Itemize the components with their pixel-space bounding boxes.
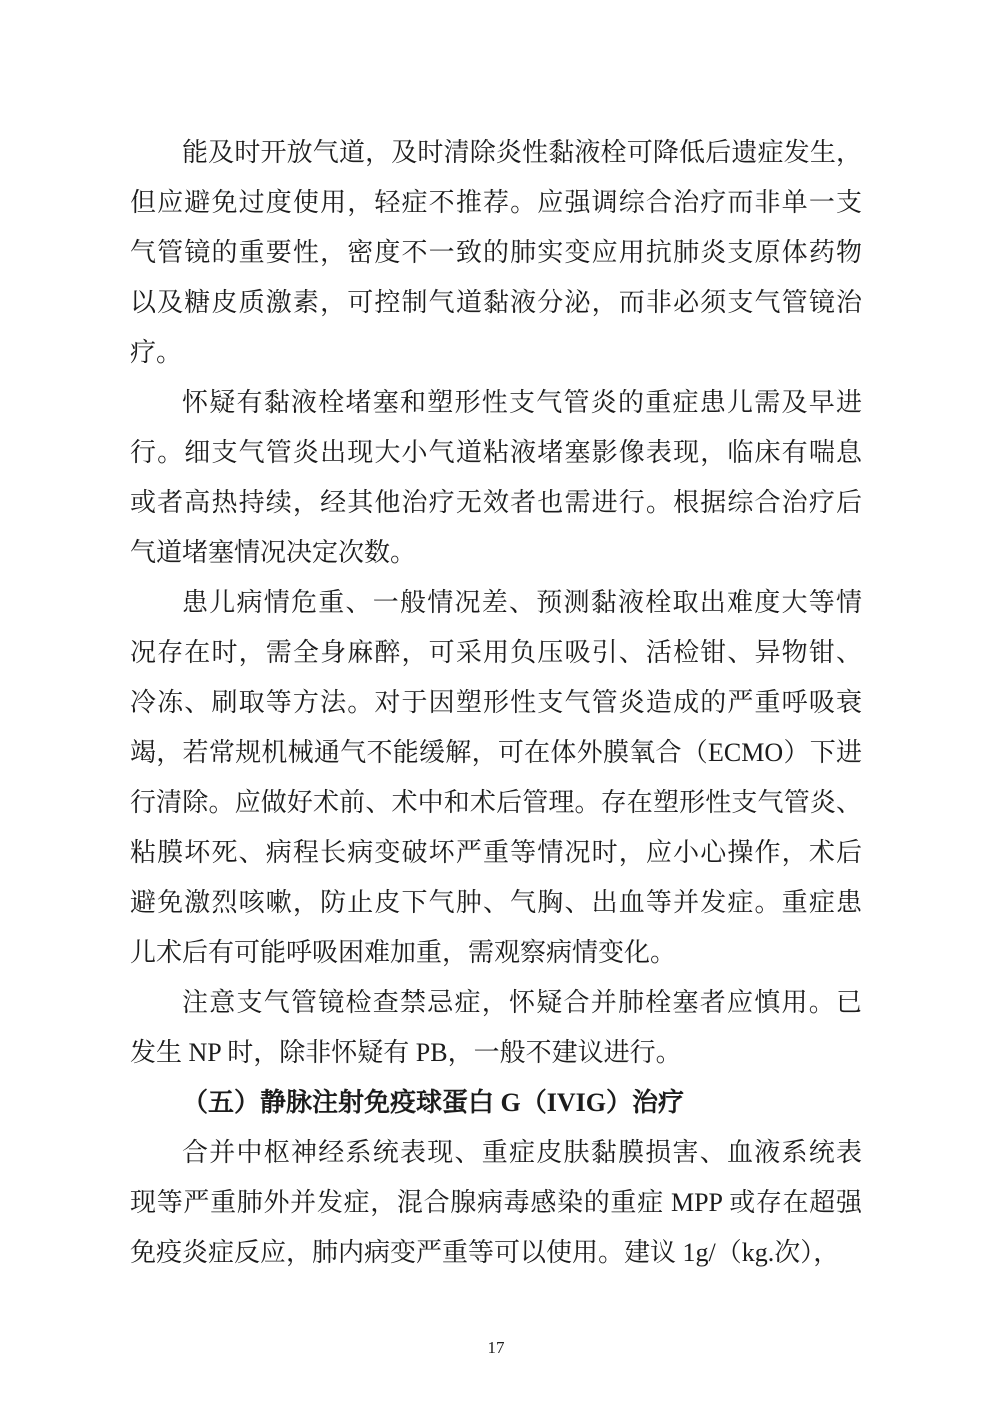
text-line: 以及糖皮质激素，可控制气道黏液分泌，而非必须支气管镜治 xyxy=(130,278,862,328)
text-line: 避免激烈咳嗽，防止皮下气肿、气胸、出血等并发症。重症患 xyxy=(130,878,862,928)
paragraph: 患儿病情危重、一般情况差、预测黏液栓取出难度大等情况存在时，需全身麻醉，可采用负… xyxy=(130,578,862,978)
text-line: 行。细支气管炎出现大小气道粘液堵塞影像表现，临床有喘息 xyxy=(130,428,862,478)
text-line: 发生 NP 时，除非怀疑有 PB，一般不建议进行。 xyxy=(130,1028,862,1078)
document-content: 能及时开放气道，及时清除炎性黏液栓可降低后遗症发生，但应避免过度使用，轻症不推荐… xyxy=(130,128,862,1278)
text-line: 现等严重肺外并发症，混合腺病毒感染的重症 MPP 或存在超强 xyxy=(130,1178,862,1228)
text-line: 怀疑有黏液栓堵塞和塑形性支气管炎的重症患儿需及早进 xyxy=(130,378,862,428)
text-line: 气道堵塞情况决定次数。 xyxy=(130,528,862,578)
text-line: 粘膜坏死、病程长病变破坏严重等情况时，应小心操作，术后 xyxy=(130,828,862,878)
text-line: 合并中枢神经系统表现、重症皮肤黏膜损害、血液系统表 xyxy=(130,1128,862,1178)
paragraph: 能及时开放气道，及时清除炎性黏液栓可降低后遗症发生，但应避免过度使用，轻症不推荐… xyxy=(130,128,862,378)
paragraph: 怀疑有黏液栓堵塞和塑形性支气管炎的重症患儿需及早进行。细支气管炎出现大小气道粘液… xyxy=(130,378,862,578)
paragraph: 注意支气管镜检查禁忌症，怀疑合并肺栓塞者应慎用。已发生 NP 时，除非怀疑有 P… xyxy=(130,978,862,1078)
text-line: 免疫炎症反应，肺内病变严重等可以使用。建议 1g/（kg.次）， xyxy=(130,1228,862,1278)
paragraph: 合并中枢神经系统表现、重症皮肤黏膜损害、血液系统表现等严重肺外并发症，混合腺病毒… xyxy=(130,1128,862,1278)
page-number: 17 xyxy=(488,1338,505,1357)
text-line: 况存在时，需全身麻醉，可采用负压吸引、活检钳、异物钳、 xyxy=(130,628,862,678)
document-page: 能及时开放气道，及时清除炎性黏液栓可降低后遗症发生，但应避免过度使用，轻症不推荐… xyxy=(0,0,992,1403)
page-footer: 17 xyxy=(0,1338,992,1358)
text-line: 能及时开放气道，及时清除炎性黏液栓可降低后遗症发生， xyxy=(130,128,862,178)
text-line: 注意支气管镜检查禁忌症，怀疑合并肺栓塞者应慎用。已 xyxy=(130,978,862,1028)
text-line: 疗。 xyxy=(130,328,862,378)
text-line: 患儿病情危重、一般情况差、预测黏液栓取出难度大等情 xyxy=(130,578,862,628)
section-heading: （五）静脉注射免疫球蛋白 G（IVIG）治疗 xyxy=(130,1078,862,1128)
text-line: 冷冻、刷取等方法。对于因塑形性支气管炎造成的严重呼吸衰 xyxy=(130,678,862,728)
text-line: 行清除。应做好术前、术中和术后管理。存在塑形性支气管炎、 xyxy=(130,778,862,828)
text-line: （五）静脉注射免疫球蛋白 G（IVIG）治疗 xyxy=(130,1078,862,1128)
text-line: 或者高热持续，经其他治疗无效者也需进行。根据综合治疗后 xyxy=(130,478,862,528)
text-line: 气管镜的重要性，密度不一致的肺实变应用抗肺炎支原体药物 xyxy=(130,228,862,278)
text-line: 竭，若常规机械通气不能缓解，可在体外膜氧合（ECMO）下进 xyxy=(130,728,862,778)
text-line: 儿术后有可能呼吸困难加重，需观察病情变化。 xyxy=(130,928,862,978)
text-line: 但应避免过度使用，轻症不推荐。应强调综合治疗而非单一支 xyxy=(130,178,862,228)
